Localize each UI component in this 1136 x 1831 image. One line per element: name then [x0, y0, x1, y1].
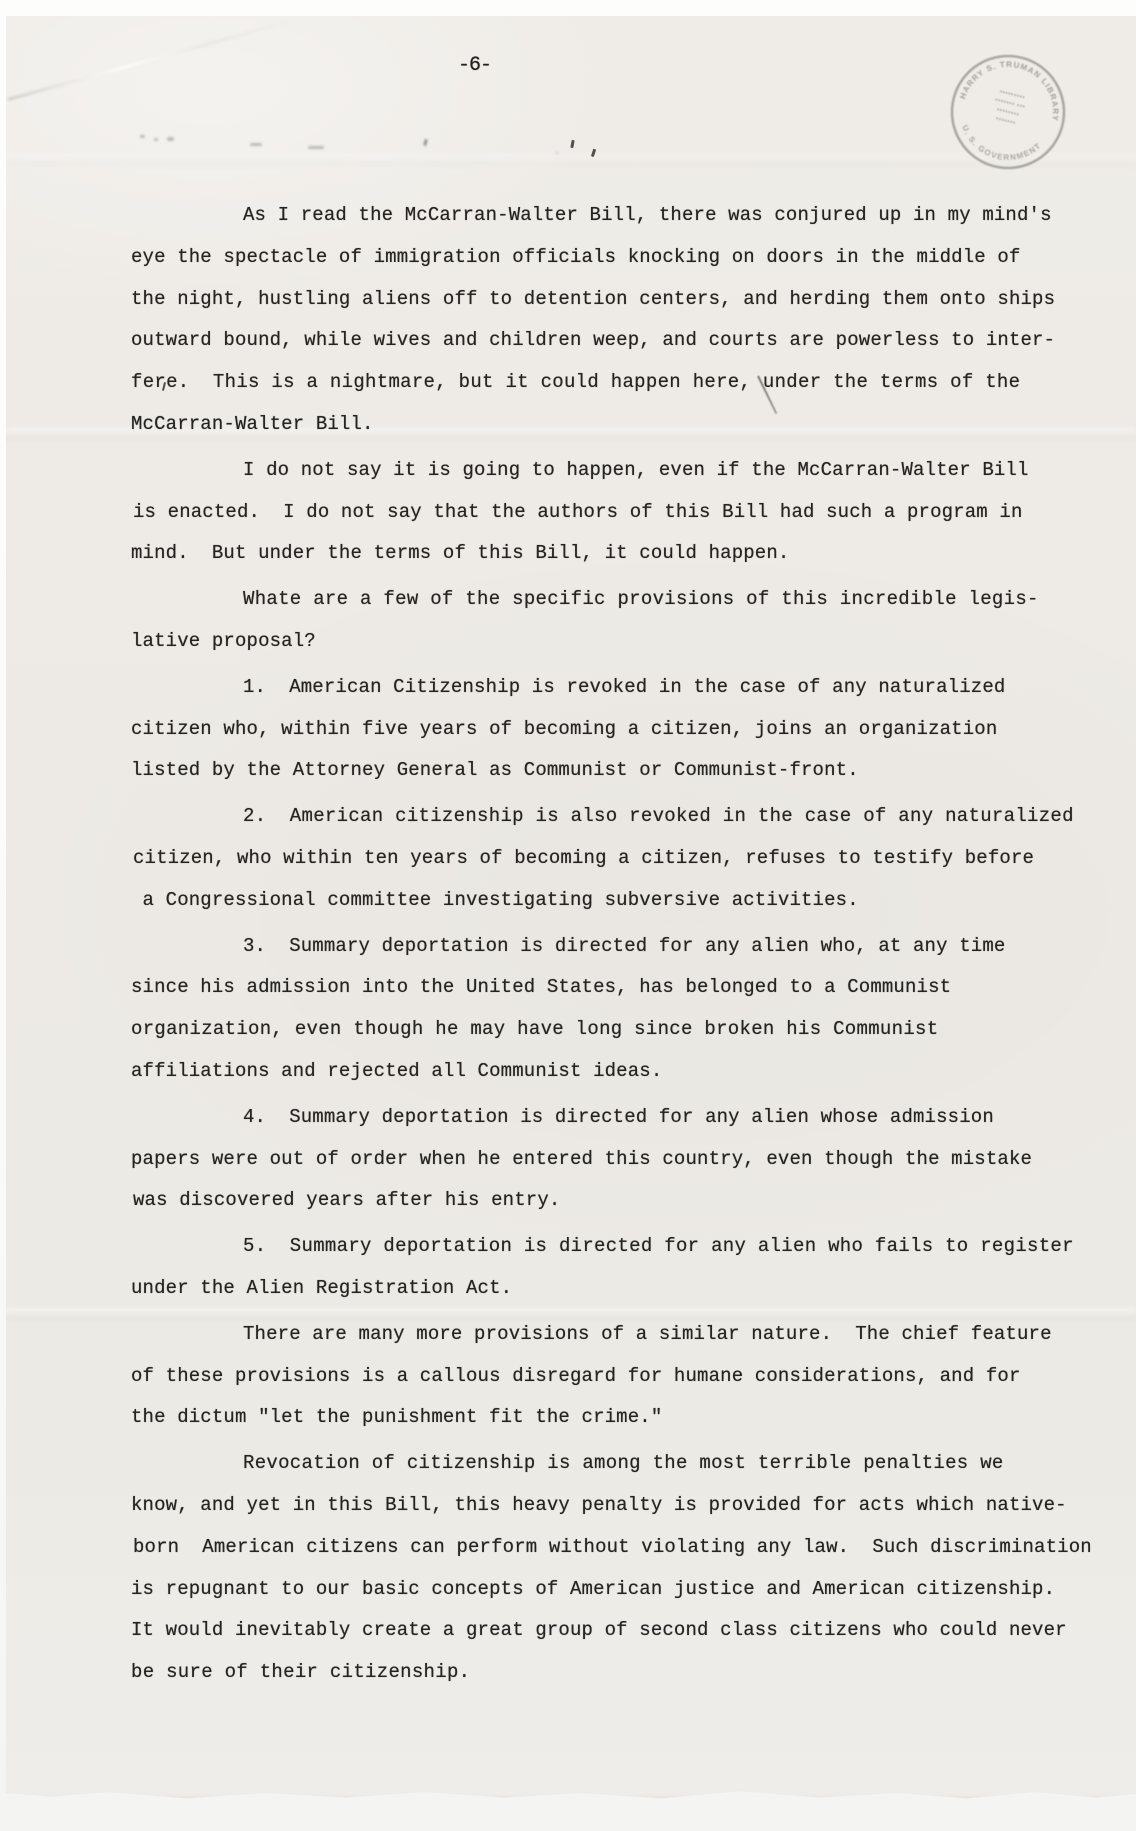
typed-line: know, and yet in this Bill, this heavy p… [131, 1485, 1131, 1527]
paper-crease [8, 18, 298, 101]
typed-line: 3. Summary deportation is directed for a… [131, 926, 1131, 968]
pencil-smudge [167, 137, 174, 141]
typed-line: be sure of their citizenship. [131, 1652, 1131, 1694]
typed-line: born American citizens can perform witho… [133, 1527, 1133, 1569]
typed-line: was discovered years after his entry. [133, 1180, 1133, 1222]
typed-line: I do not say it is going to happen, even… [131, 450, 1131, 492]
typescript-body: As I read the McCarran-Walter Bill, ther… [131, 195, 1131, 1694]
typed-line: mind. But under the terms of this Bill, … [131, 533, 1131, 575]
typed-line: 4. Summary deportation is directed for a… [131, 1097, 1131, 1139]
typed-line: organization, even though he may have lo… [131, 1009, 1131, 1051]
typed-line: outward bound, while wives and children … [131, 320, 1131, 362]
typed-line: the night, hustling aliens off to detent… [131, 279, 1131, 321]
typed-line: As I read the McCarran-Walter Bill, ther… [131, 195, 1131, 237]
typed-line: affiliations and rejected all Communist … [131, 1051, 1131, 1093]
typed-line: a Congressional committee investigating … [131, 880, 1131, 922]
pencil-smudge [423, 139, 428, 147]
typed-line: lative proposal? [131, 621, 1131, 663]
typed-line: listed by the Attorney General as Commun… [131, 750, 1131, 792]
typed-line: since his admission into the United Stat… [131, 967, 1131, 1009]
truman-library-stamp: HARRY S. TRUMAN LIBRARY U. S. GOVERNMENT… [923, 27, 1093, 197]
scanned-paper-sheet: -6- HARRY S. TRUMAN LIBRARY U. S. GOVERN… [6, 16, 1136, 1802]
pencil-smudge [154, 138, 158, 141]
pencil-smudge [140, 135, 145, 138]
typed-line: There are many more provisions of a simi… [131, 1314, 1131, 1356]
pencil-smudge [556, 152, 558, 154]
typed-line: Revocation of citizenship is among the m… [131, 1443, 1131, 1485]
typed-line: the dictum "let the punishment fit the c… [131, 1397, 1131, 1439]
pencil-smudge [250, 143, 262, 146]
typed-line: 1. American Citizenship is revoked in th… [131, 667, 1131, 709]
typed-line: under the Alien Registration Act. [131, 1268, 1131, 1310]
typed-line: McCarran-Walter Bill. [131, 404, 1131, 446]
typed-line: of these provisions is a callous disrega… [131, 1356, 1131, 1398]
typed-line: eye the spectacle of immigration officia… [131, 237, 1131, 279]
typed-line: It would inevitably create a great group… [131, 1610, 1131, 1652]
typed-line: is repugnant to our basic concepts of Am… [131, 1569, 1131, 1611]
typed-line: fere. This is a nightmare, but it could … [131, 362, 1131, 404]
typed-line: Whate are a few of the specific provisio… [131, 579, 1131, 621]
typed-line: papers were out of order when he entered… [131, 1139, 1131, 1181]
page-number: -6- [458, 54, 518, 77]
stray-ink-mark [570, 140, 574, 148]
typed-line: 5. Summary deportation is directed for a… [131, 1226, 1131, 1268]
paper-bottom-edge-shadow [6, 1796, 1136, 1802]
typed-line: 2. American citizenship is also revoked … [131, 796, 1131, 838]
typed-line: is enacted. I do not say that the author… [133, 492, 1133, 534]
pencil-smudge [308, 146, 324, 149]
typed-line: citizen, who within ten years of becomin… [133, 838, 1133, 880]
typed-line: citizen who, within five years of becomi… [131, 709, 1131, 751]
